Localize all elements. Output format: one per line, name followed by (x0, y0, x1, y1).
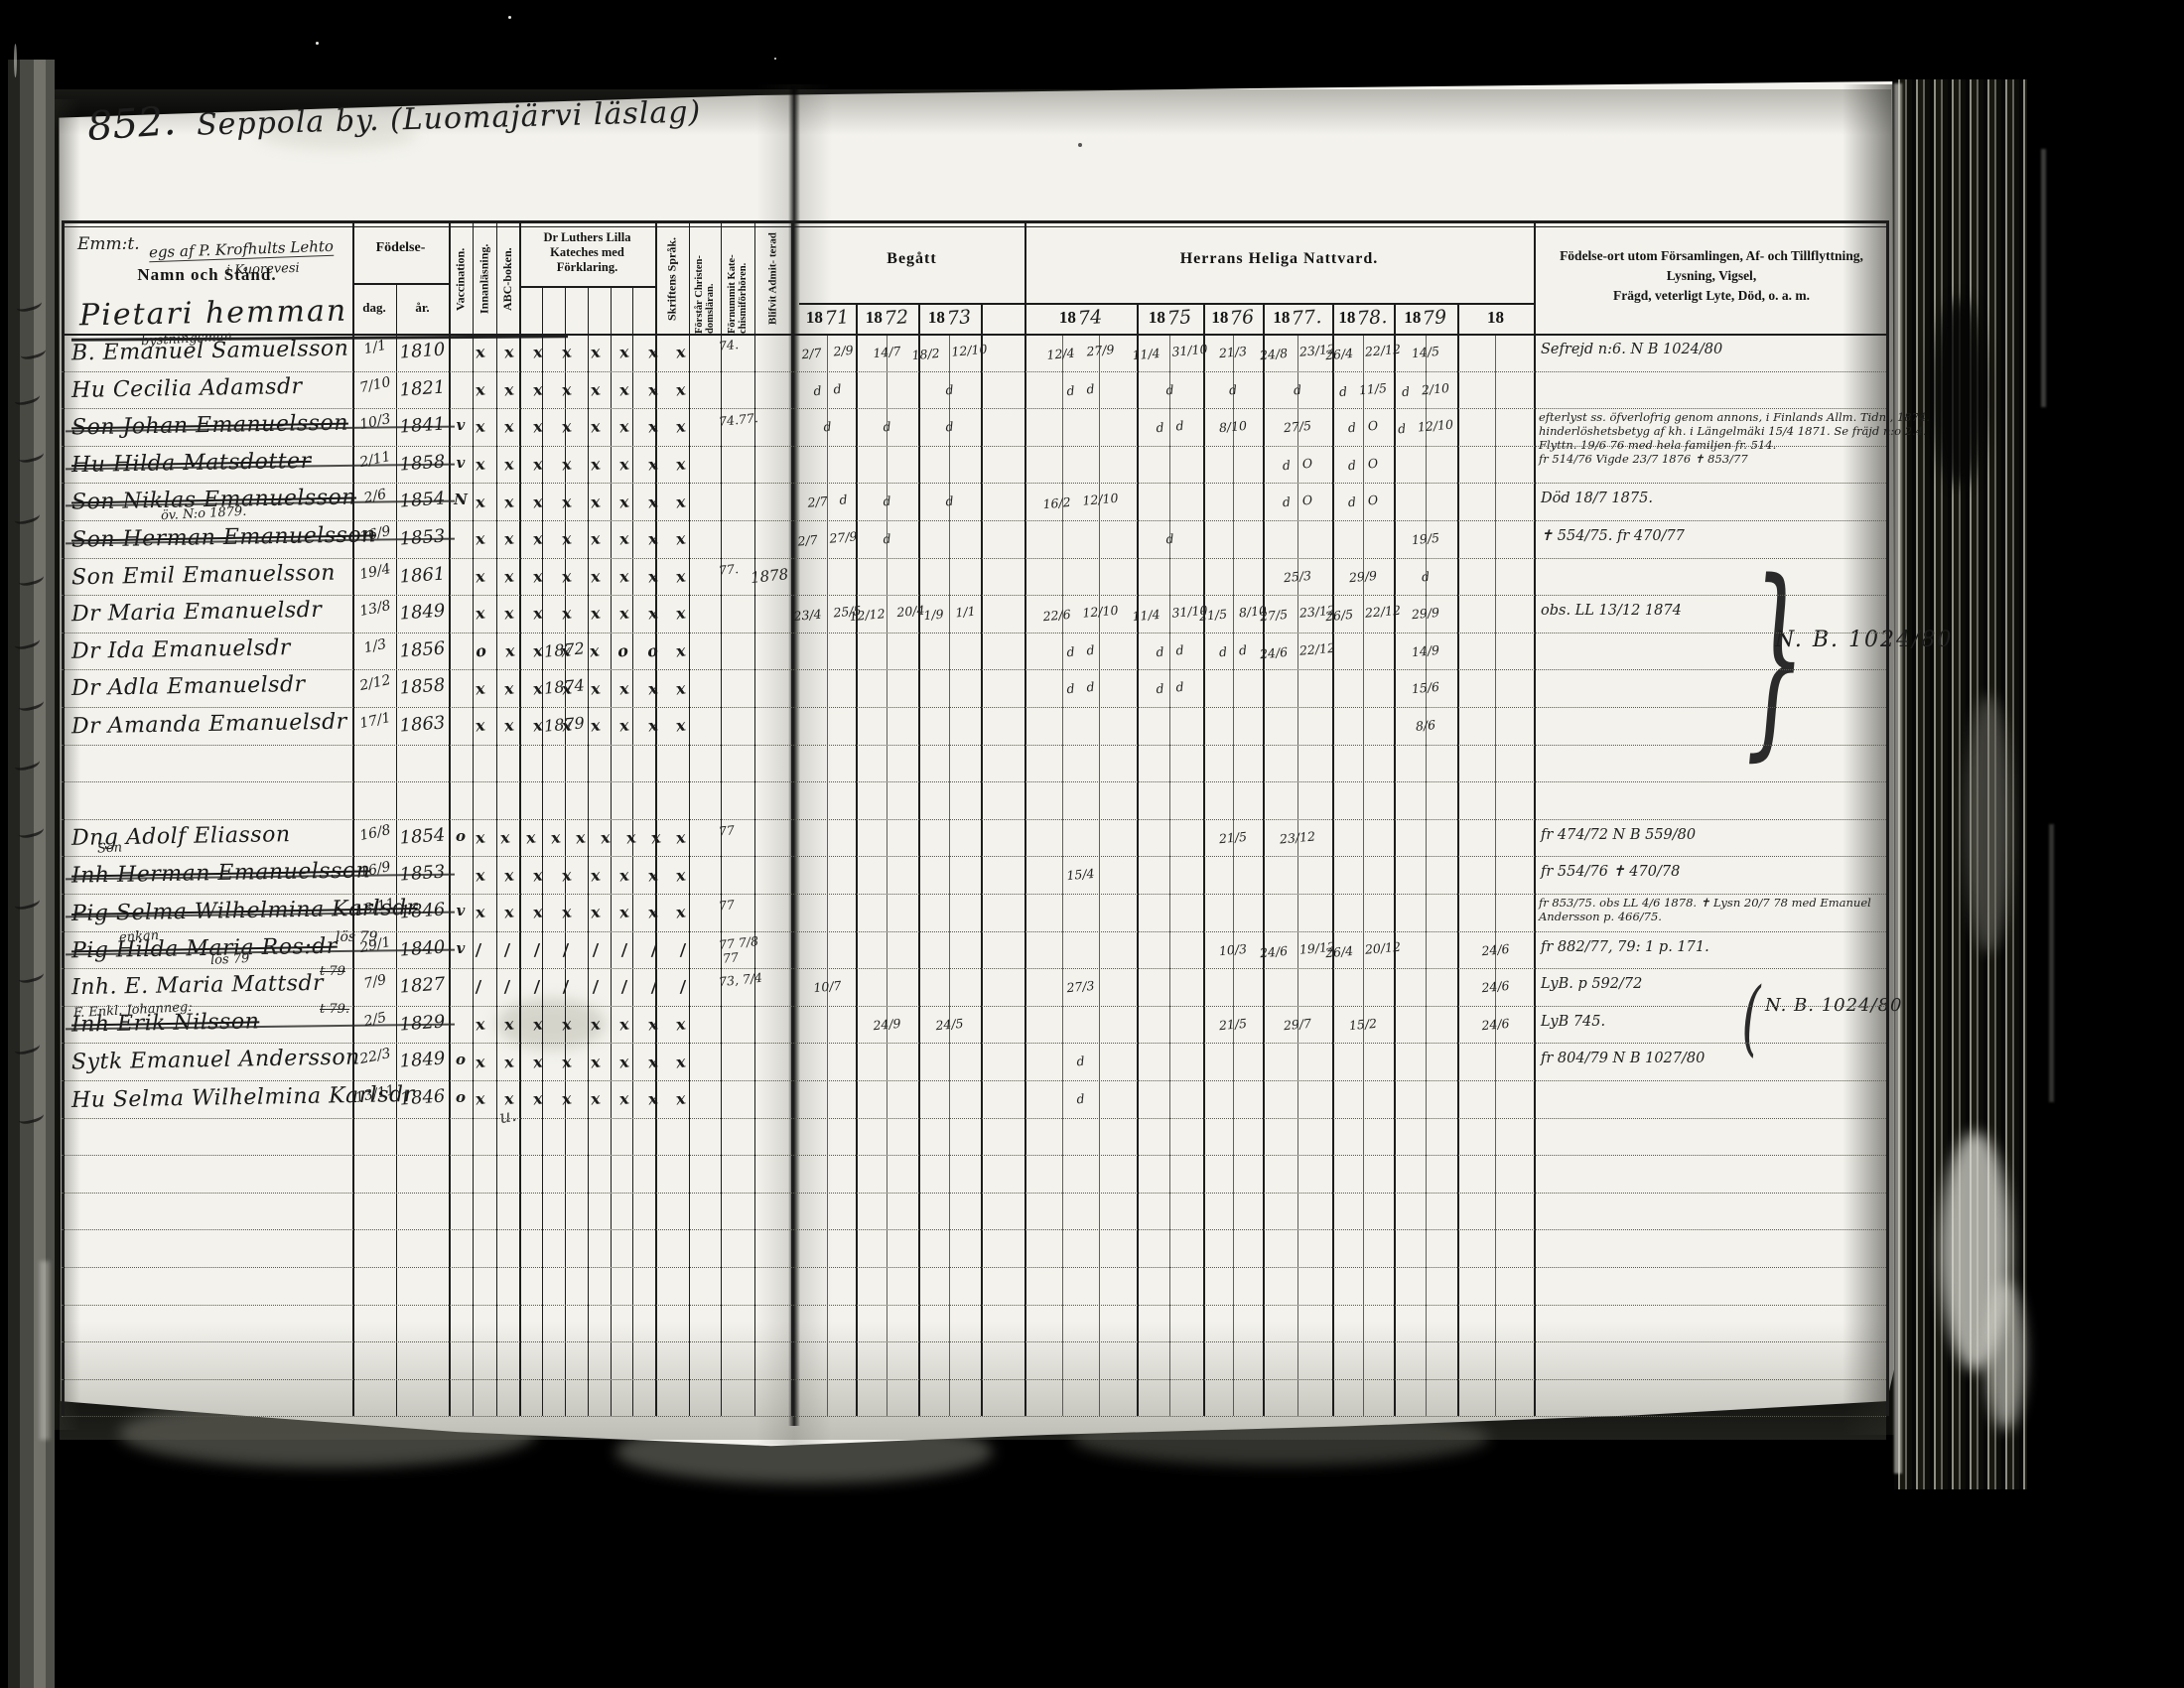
check-mark: x (475, 1089, 486, 1109)
scanned-register-page: 852. Seppola by. (Luomajärvi läslag) Emm… (0, 0, 2184, 1688)
check-mark: x (675, 865, 687, 885)
check-mark: x (589, 1015, 601, 1035)
row-note-struck: t 79 (320, 964, 345, 979)
row-note-line: hinderlöshetsbetyg af kh. i Längelmäki 1… (1539, 424, 1930, 438)
check-mark: x (646, 455, 658, 475)
check-mark: x (524, 828, 536, 848)
check-mark: x (532, 903, 544, 922)
communion-cell-y73: d (916, 406, 982, 449)
year-label: 1873 (918, 304, 981, 332)
year-label: 1872 (856, 304, 918, 332)
year-label: 1871 (799, 304, 856, 332)
check-mark: ∕ (620, 977, 628, 997)
check-mark: x (532, 641, 544, 661)
check-mark: x (475, 455, 486, 475)
check-mark: x (503, 379, 515, 399)
vaccination-mark: o (449, 1051, 473, 1068)
catechism-group-line3: Förklaring. (557, 260, 617, 274)
check-mark: x (650, 828, 662, 848)
exam-year-note: 77. (718, 561, 739, 578)
check-mark: x (475, 678, 486, 698)
birth-year: 1840 (395, 936, 449, 961)
reading-marks: xxxxxxxx (476, 1043, 686, 1080)
communion-cell-y77: 24/6 19/12 (1261, 928, 1333, 972)
check-mark: x (675, 1089, 687, 1109)
year-label: 18 (1457, 304, 1534, 332)
birth-year: 1841 (395, 413, 449, 438)
row-note: obs. LL 13/12 1874 (1541, 603, 1682, 619)
check-mark: x (560, 604, 572, 624)
row-rule (62, 1155, 1886, 1156)
communion-cell-y78: 26/4 20/12 (1330, 928, 1395, 971)
check-mark: x (532, 604, 544, 624)
reading-marks: xxxxxxxx (476, 595, 686, 633)
year-label-printed: 18 (1059, 308, 1076, 328)
row-note-line: Flyttn. 19/6 76 med hela familjen fr. 51… (1539, 438, 1930, 452)
year-label-hand: 77. (1292, 306, 1323, 330)
communion-cell-y78: d O (1330, 481, 1395, 523)
reading-marks: xxxxxxxx (476, 446, 686, 484)
row-rule (62, 669, 1886, 670)
catechism-group-line2: Kateches med (550, 245, 624, 259)
check-mark: ∕ (679, 977, 687, 997)
check-mark: x (589, 529, 601, 549)
reading-marks: xxxxxxxx (476, 520, 686, 558)
check-mark: x (503, 604, 515, 624)
year-label: 1876 (1203, 304, 1263, 332)
check-mark: x (589, 492, 601, 511)
check-mark: x (589, 641, 601, 661)
year-label: 1878. (1332, 304, 1394, 332)
communion-cell-y75: 11/4 31/10 (1135, 331, 1204, 373)
year-label-hand: 74 (1077, 306, 1103, 330)
check-mark: x (589, 566, 601, 586)
birth-year: 1849 (395, 600, 449, 625)
check-mark: x (532, 566, 544, 586)
birth-year: 1853 (395, 525, 449, 550)
check-mark: x (646, 903, 658, 922)
check-mark: x (589, 678, 601, 698)
birth-year: 1827 (395, 973, 449, 998)
check-mark: x (589, 716, 601, 736)
check-mark: x (503, 903, 515, 922)
communion-cell-y75: d (1135, 517, 1204, 560)
grid-hline (62, 226, 1886, 227)
check-mark: x (617, 1089, 629, 1109)
admitted-year-note: 1878 (750, 565, 789, 587)
reading-marks: xxxxxxxx (476, 1006, 686, 1044)
communion-cell-y78: 26/5 22/12 (1330, 593, 1395, 635)
check-mark: x (560, 865, 572, 885)
check-mark: x (532, 492, 544, 511)
reading-marks: xxxxxxxx (476, 856, 686, 894)
check-mark: x (503, 1015, 515, 1035)
communion-cell-y79: 29/9 (1392, 592, 1458, 634)
communion-cell-y71: d (797, 406, 857, 448)
grid-vline (1203, 303, 1205, 1416)
year-label-printed: 18 (1273, 308, 1290, 328)
check-mark: x (560, 1052, 572, 1071)
check-mark: x (503, 1052, 515, 1071)
check-mark: x (475, 492, 486, 511)
communion-cell-y79: 19/5 (1392, 517, 1458, 560)
communion-cell-y77: 27/5 (1261, 405, 1333, 449)
check-mark: x (503, 343, 515, 362)
header-birth-group: Födelse- (352, 238, 449, 258)
row-note-below: Son (97, 840, 123, 856)
communion-cell-y76: 21/5 8/10 (1201, 593, 1264, 635)
header-name-col: Namn och Stånd. (62, 264, 352, 286)
header-birth-year: år. (396, 298, 449, 318)
check-mark: x (617, 529, 629, 549)
communion-cell-y77: 29/7 (1261, 1003, 1333, 1047)
check-mark: x (646, 604, 658, 624)
exam-year-note: 77 (718, 897, 735, 914)
communion-cell-y78: 29/9 (1330, 555, 1395, 598)
check-mark: x (589, 379, 601, 399)
check-mark: x (675, 417, 687, 437)
reading-marks: xxxxxxxx (476, 334, 686, 371)
mid-year-note: 1879 (543, 713, 585, 735)
header-catechism-group: Dr Luthers Lilla Kateches med Förklaring… (519, 230, 655, 286)
communion-cell-y76: d (1201, 368, 1264, 411)
year-label-hand: 78. (1357, 306, 1389, 330)
row-note-struck: t 79. (320, 1002, 349, 1017)
year-label-hand: 73 (946, 306, 972, 330)
row-rule (62, 1193, 1886, 1194)
row-rule (62, 633, 1886, 633)
check-mark: x (503, 865, 515, 885)
row-name: Dr Amanda Emanuelsdr (71, 710, 347, 740)
check-mark: ∕ (649, 977, 657, 997)
check-mark: x (532, 455, 544, 475)
exam-year-note: 74. (718, 337, 739, 353)
check-mark: x (646, 343, 658, 362)
row-note-above: lös 79 (210, 951, 250, 968)
check-mark: x (617, 604, 629, 624)
check-mark: ∕ (591, 977, 599, 997)
check-mark: x (617, 343, 629, 362)
year-label-printed: 18 (928, 308, 945, 328)
grid-vline (856, 303, 858, 1416)
reading-marks: xxxxxxxxx (476, 819, 686, 857)
communion-cell-y72: 24/9 (854, 1003, 919, 1046)
check-mark: x (617, 865, 629, 885)
check-mark: x (646, 529, 658, 549)
check-mark: x (475, 566, 486, 586)
row-note: LyB 745. (1541, 1014, 1605, 1030)
vaccination-mark: o (449, 1088, 473, 1106)
check-mark: x (675, 678, 687, 698)
row-rule (62, 707, 1886, 708)
communion-cell-y72: 12/12 20/4 (854, 593, 919, 635)
header-reading-col: Innanläsning. (473, 226, 496, 332)
check-mark: ∕ (620, 940, 628, 960)
check-mark: ∕ (503, 977, 511, 997)
row-name: Inh. E. Maria Mattsdr (71, 971, 324, 1000)
check-mark: x (675, 455, 687, 475)
header-begatt: Begått (799, 248, 1024, 270)
row-note-line: efterlyst ss. öfverlofrig genom annons, … (1539, 410, 1930, 424)
year-label: 1877. (1263, 304, 1332, 332)
header-abc-col: ABC-boken. (496, 226, 519, 332)
birth-year: 1846 (395, 899, 449, 923)
header-admitted-col: Blifvit Admit- terad (754, 224, 791, 334)
birth-year: 1863 (395, 712, 449, 737)
communion-cell-y79: 15/6 (1392, 667, 1458, 710)
check-mark: x (475, 343, 486, 362)
row-name: Dr Adla Emanuelsdr (71, 672, 306, 701)
birth-year: 1854 (395, 489, 449, 513)
communion-cell-y78: d O (1330, 443, 1395, 486)
row-rule (62, 1379, 1886, 1380)
check-mark: x (575, 828, 587, 848)
check-mark: x (589, 1052, 601, 1071)
row-note: ✝ 554/75. fr 470/77 (1541, 528, 1685, 544)
year-label-printed: 18 (1338, 308, 1355, 328)
check-mark: x (675, 529, 687, 549)
check-mark: x (675, 604, 687, 624)
check-mark: o (616, 640, 629, 660)
communion-cell-y76: 21/5 (1201, 1003, 1264, 1046)
row-note-block: efterlyst ss. öfverlofrig genom annons, … (1539, 410, 1930, 466)
row-rule (62, 1416, 1886, 1417)
check-mark: x (675, 641, 687, 661)
check-mark: x (646, 1015, 658, 1035)
grid-vline-light (1495, 334, 1496, 1416)
year-label-hand: 71 (824, 306, 850, 330)
notes-col-line1: Födelse-ort utom Församlingen, Af- och T… (1560, 248, 1863, 283)
exam-year-note: 77 (718, 822, 735, 839)
birth-year: 1858 (395, 451, 449, 476)
reading-marks: ∕∕∕∕∕∕∕∕ (476, 968, 686, 1006)
check-mark: x (646, 865, 658, 885)
check-mark: x (532, 1089, 544, 1109)
year-label-printed: 18 (806, 308, 823, 328)
check-mark: x (675, 566, 687, 586)
check-mark: x (617, 492, 629, 511)
year-label: 1875 (1137, 304, 1203, 332)
header-communion: Herrans Heliga Nattvard. (1024, 248, 1534, 270)
check-mark: ∕ (562, 940, 570, 960)
communion-cell-y77: 23/12 (1261, 816, 1333, 860)
check-mark: x (475, 716, 486, 736)
row-note: fr 554/76 ✝ 470/78 (1541, 864, 1680, 880)
check-mark: x (475, 417, 486, 437)
check-mark: o (475, 640, 487, 660)
check-mark: x (475, 903, 486, 922)
communion-cell-y72: d (854, 517, 919, 560)
row-rule (62, 781, 1886, 782)
communion-cell-y77: 27/5 23/12 (1261, 592, 1333, 635)
communion-cell-y71: 10/7 (797, 966, 857, 1008)
check-mark: x (675, 1052, 687, 1071)
birth-year: 1861 (395, 563, 449, 588)
check-mark: x (675, 828, 687, 848)
row-note: fr 804/79 N B 1027/80 (1541, 1051, 1705, 1066)
check-mark: x (499, 828, 511, 848)
grid-vline (918, 303, 920, 1416)
communion-cell-y75: d (1135, 368, 1204, 411)
communion-cell-y78: d 11/5 (1330, 368, 1395, 411)
communion-cell-y75: d d (1135, 405, 1204, 448)
check-mark: x (532, 417, 544, 437)
grid-hline (519, 286, 655, 288)
row-rule (62, 1305, 1886, 1306)
check-mark: x (589, 903, 601, 922)
grid-vline (981, 303, 983, 1416)
check-mark: x (475, 865, 486, 885)
check-mark: x (675, 1015, 687, 1035)
birth-year: 1849 (395, 1049, 449, 1073)
notes-col-line2: Frägd, veterligt Lyte, Död, o. a. m. (1613, 288, 1810, 303)
row-name: Hu Cecilia Adamsdr (71, 374, 303, 403)
check-mark: x (475, 604, 486, 624)
check-mark: x (646, 678, 658, 698)
row-rule (62, 745, 1886, 746)
check-mark: o (646, 640, 659, 660)
birth-year: 1821 (395, 376, 449, 401)
brace-right: } (1746, 536, 1806, 779)
check-mark: x (560, 903, 572, 922)
grid-vline-light (1233, 334, 1234, 1416)
birth-year: 1858 (395, 675, 449, 700)
communion-cell-y72: d (854, 481, 919, 523)
grid-hline (62, 220, 1886, 223)
row-note-line: fr 514/76 Vigde 23/7 1876 ✝ 853/77 (1539, 452, 1930, 466)
check-mark: x (560, 492, 572, 511)
check-mark: x (503, 566, 515, 586)
vaccination-mark: v (449, 939, 473, 957)
communion-cell-y73: 1/9 1/1 (916, 593, 982, 635)
year-label-hand: 79 (1423, 306, 1448, 330)
row-name: Dr Maria Emanuelsdr (71, 598, 323, 627)
birth-year: 1853 (395, 862, 449, 887)
communion-cell-y79: 14/5 (1392, 331, 1458, 373)
header-birth-day: dag. (352, 298, 396, 318)
check-mark: x (560, 417, 572, 437)
brace-note-1: N. B. 1024/80 (1775, 628, 1953, 652)
check-mark: x (617, 417, 629, 437)
check-mark: x (617, 455, 629, 475)
row-rule (62, 1341, 1886, 1342)
check-mark: x (646, 417, 658, 437)
check-mark: x (675, 343, 687, 362)
check-mark: x (560, 1015, 572, 1035)
row-name: Hu Hilda Matsdotter (71, 449, 312, 478)
check-mark: x (503, 417, 515, 437)
grid-vline (1137, 303, 1139, 1416)
communion-cell-y73: 18/2 12/10 (916, 331, 982, 373)
reading-marks: ∕∕∕∕∕∕∕∕ (476, 931, 686, 969)
check-mark: x (589, 1089, 601, 1109)
row-rule (62, 856, 1886, 857)
check-mark: ∕ (649, 940, 657, 960)
row-name: Son Emil Emanuelsson (71, 560, 336, 590)
check-mark: x (646, 1052, 658, 1071)
check-mark: x (532, 1052, 544, 1071)
row-rule (62, 1080, 1886, 1081)
communion-cell-y71: d d (797, 368, 857, 410)
vaccination-mark: o (449, 827, 473, 845)
row-rule (62, 1043, 1886, 1044)
communion-cell-y76: 21/5 (1201, 816, 1264, 859)
check-mark: x (646, 492, 658, 511)
check-mark: x (589, 417, 601, 437)
row-note: Död 18/7 1875. (1541, 491, 1653, 506)
header-scripture-col: Skriftens Språk. (655, 226, 689, 332)
grid-vline-light (1169, 334, 1170, 1416)
grid-vline (396, 283, 397, 1416)
year-label-printed: 18 (1211, 308, 1228, 328)
grid-vline (1457, 303, 1459, 1416)
grid-vline-light (1426, 334, 1427, 1416)
header-understanding-col: Förstår Christen- domsläran. (689, 224, 721, 334)
check-mark: x (675, 903, 687, 922)
check-mark: ∕ (562, 977, 570, 997)
check-mark: x (617, 566, 629, 586)
year-label-printed: 18 (1149, 308, 1165, 328)
exam-year-note-2: 77 (722, 949, 739, 966)
check-mark: x (560, 529, 572, 549)
check-mark: x (560, 566, 572, 586)
vaccination-mark: v (449, 902, 473, 919)
check-mark: x (589, 455, 601, 475)
check-mark: x (617, 903, 629, 922)
year-label-hand: 72 (884, 306, 909, 330)
header-annotation-1: Emm:t. (77, 234, 140, 254)
communion-cell-y72: 14/7 (854, 331, 919, 373)
year-label: 1874 (1024, 304, 1137, 332)
year-label-hand: 76 (1230, 306, 1256, 330)
communion-cell-y71: 2/7 2/9 (797, 332, 857, 373)
check-mark: x (675, 379, 687, 399)
row-note: fr 474/72 N B 559/80 (1541, 827, 1696, 843)
birth-year: 1829 (395, 1011, 449, 1036)
header-examined-col: Förnummit Kate- chismiförhören. (721, 224, 754, 334)
check-mark: x (503, 529, 515, 549)
communion-cell-y78: d O (1330, 406, 1395, 449)
check-mark: x (589, 343, 601, 362)
birth-year: 1856 (395, 637, 449, 662)
reading-marks: xxxxxxxx (476, 558, 686, 596)
vaccination-mark: v (449, 454, 473, 472)
catechism-group-line1: Dr Luthers Lilla (544, 230, 631, 244)
communion-cell-y72: d (854, 406, 919, 449)
section-title: Pietari hemman (79, 294, 348, 334)
check-mark: x (675, 492, 687, 511)
row-rule (62, 1229, 1886, 1230)
check-mark: x (625, 828, 637, 848)
check-mark: x (589, 865, 601, 885)
check-mark: x (503, 678, 515, 698)
communion-cell-y73: 24/5 (916, 1003, 982, 1046)
check-mark: x (532, 379, 544, 399)
communion-cell-y73: d (916, 481, 982, 523)
check-mark: x (532, 716, 544, 736)
communion-cell-y75: d d (1135, 667, 1204, 710)
check-mark: ∕ (503, 940, 511, 960)
row-note: fr 882/77, 79: 1 p. 171. (1541, 939, 1709, 955)
row-rule (62, 1118, 1886, 1119)
row-rule (62, 558, 1886, 559)
row-rule (62, 1267, 1886, 1268)
check-mark: x (646, 716, 658, 736)
communion-cell-y77: 24/8 23/12 (1261, 331, 1333, 374)
birth-year: 1810 (395, 339, 449, 363)
check-mark: ∕ (533, 940, 541, 960)
communion-cell-y79: 8/6 (1392, 704, 1458, 747)
